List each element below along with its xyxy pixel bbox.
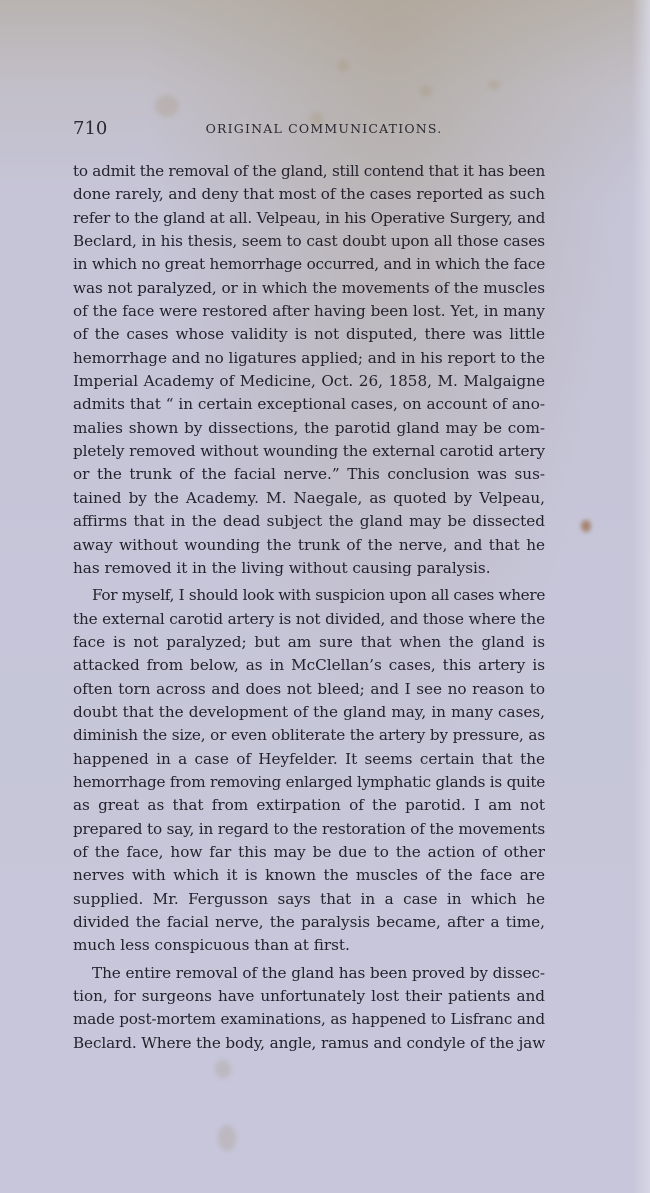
text-line: of the cases whose validity is not dispu… [73,323,545,346]
running-head: 710 ORIGINAL COMMUNICATIONS. [73,118,545,142]
text-line: often torn across and does not bleed; an… [73,678,545,701]
text-line: Beclard. Where the body, angle, ramus an… [73,1032,545,1055]
text-line: hemorrhage and no ligatures applied; and… [73,347,545,370]
text-line: face is not paralyzed; but am sure that … [73,631,545,654]
text-line: of the face, how far this may be due to … [73,841,545,864]
running-title: ORIGINAL COMMUNICATIONS. [73,121,545,136]
text-line: Beclard, in his thesis, seem to cast dou… [73,230,545,253]
text-line: happened in a case of Heyfelder. It seem… [73,748,545,771]
foxing-stain [215,1060,231,1078]
rust-stain [581,520,591,532]
text-line: prepared to say, in regard to the restor… [73,818,545,841]
foxing-stain [338,60,348,72]
foxing-stain [218,1125,236,1151]
scanned-page: 710 ORIGINAL COMMUNICATIONS. to admit th… [0,0,650,1193]
paragraph-1: to admit the removal of the gland, still… [73,160,545,580]
text-line: the external carotid artery is not divid… [73,608,545,631]
text-line: pletely removed without wounding the ext… [73,440,545,463]
foxing-stain [420,85,432,97]
paragraph-3: The entire removal of the gland has been… [73,962,545,1055]
text-line: as great as that from extirpation of the… [73,794,545,817]
text-line: away without wounding the trunk of the n… [73,534,545,557]
text-line: For myself, I should look with suspicion… [73,584,545,607]
text-line: tion, for surgeons have unfortunately lo… [73,985,545,1008]
text-line: or the trunk of the facial nerve.” This … [73,463,545,486]
page-edge-shadow [632,0,650,1193]
text-line: admits that “ in certain exceptional cas… [73,393,545,416]
text-line: malies shown by dissections, the parotid… [73,417,545,440]
text-line: doubt that the development of the gland … [73,701,545,724]
foxing-stain [488,80,500,90]
text-line: made post-mortem examinations, as happen… [73,1008,545,1031]
text-line: attacked from below, as in McClellan’s c… [73,654,545,677]
paragraph-2: For myself, I should look with suspicion… [73,584,545,958]
text-line: was not paralyzed, or in which the movem… [73,277,545,300]
text-line: Imperial Academy of Medicine, Oct. 26, 1… [73,370,545,393]
text-line: nerves with which it is known the muscle… [73,864,545,887]
text-line: The entire removal of the gland has been… [73,962,545,985]
text-line: supplied. Mr. Fergusson says that in a c… [73,888,545,911]
text-line: tained by the Academy. M. Naegale, as qu… [73,487,545,510]
text-line: diminish the size, or even obliterate th… [73,724,545,747]
text-line: of the face were restored after having b… [73,300,545,323]
text-line: has removed it in the living without cau… [73,557,545,580]
body-text: to admit the removal of the gland, still… [73,160,545,1055]
text-line: divided the facial nerve, the paralysis … [73,911,545,934]
text-line: refer to the gland at all. Velpeau, in h… [73,207,545,230]
text-line: much less conspicuous than at first. [73,934,545,957]
text-line: hemorrhage from removing enlarged lympha… [73,771,545,794]
foxing-stain [155,95,179,117]
text-line: in which no great hemorrhage occurred, a… [73,253,545,276]
text-line: affirms that in the dead subject the gla… [73,510,545,533]
text-line: to admit the removal of the gland, still… [73,160,545,183]
text-line: done rarely, and deny that most of the c… [73,183,545,206]
